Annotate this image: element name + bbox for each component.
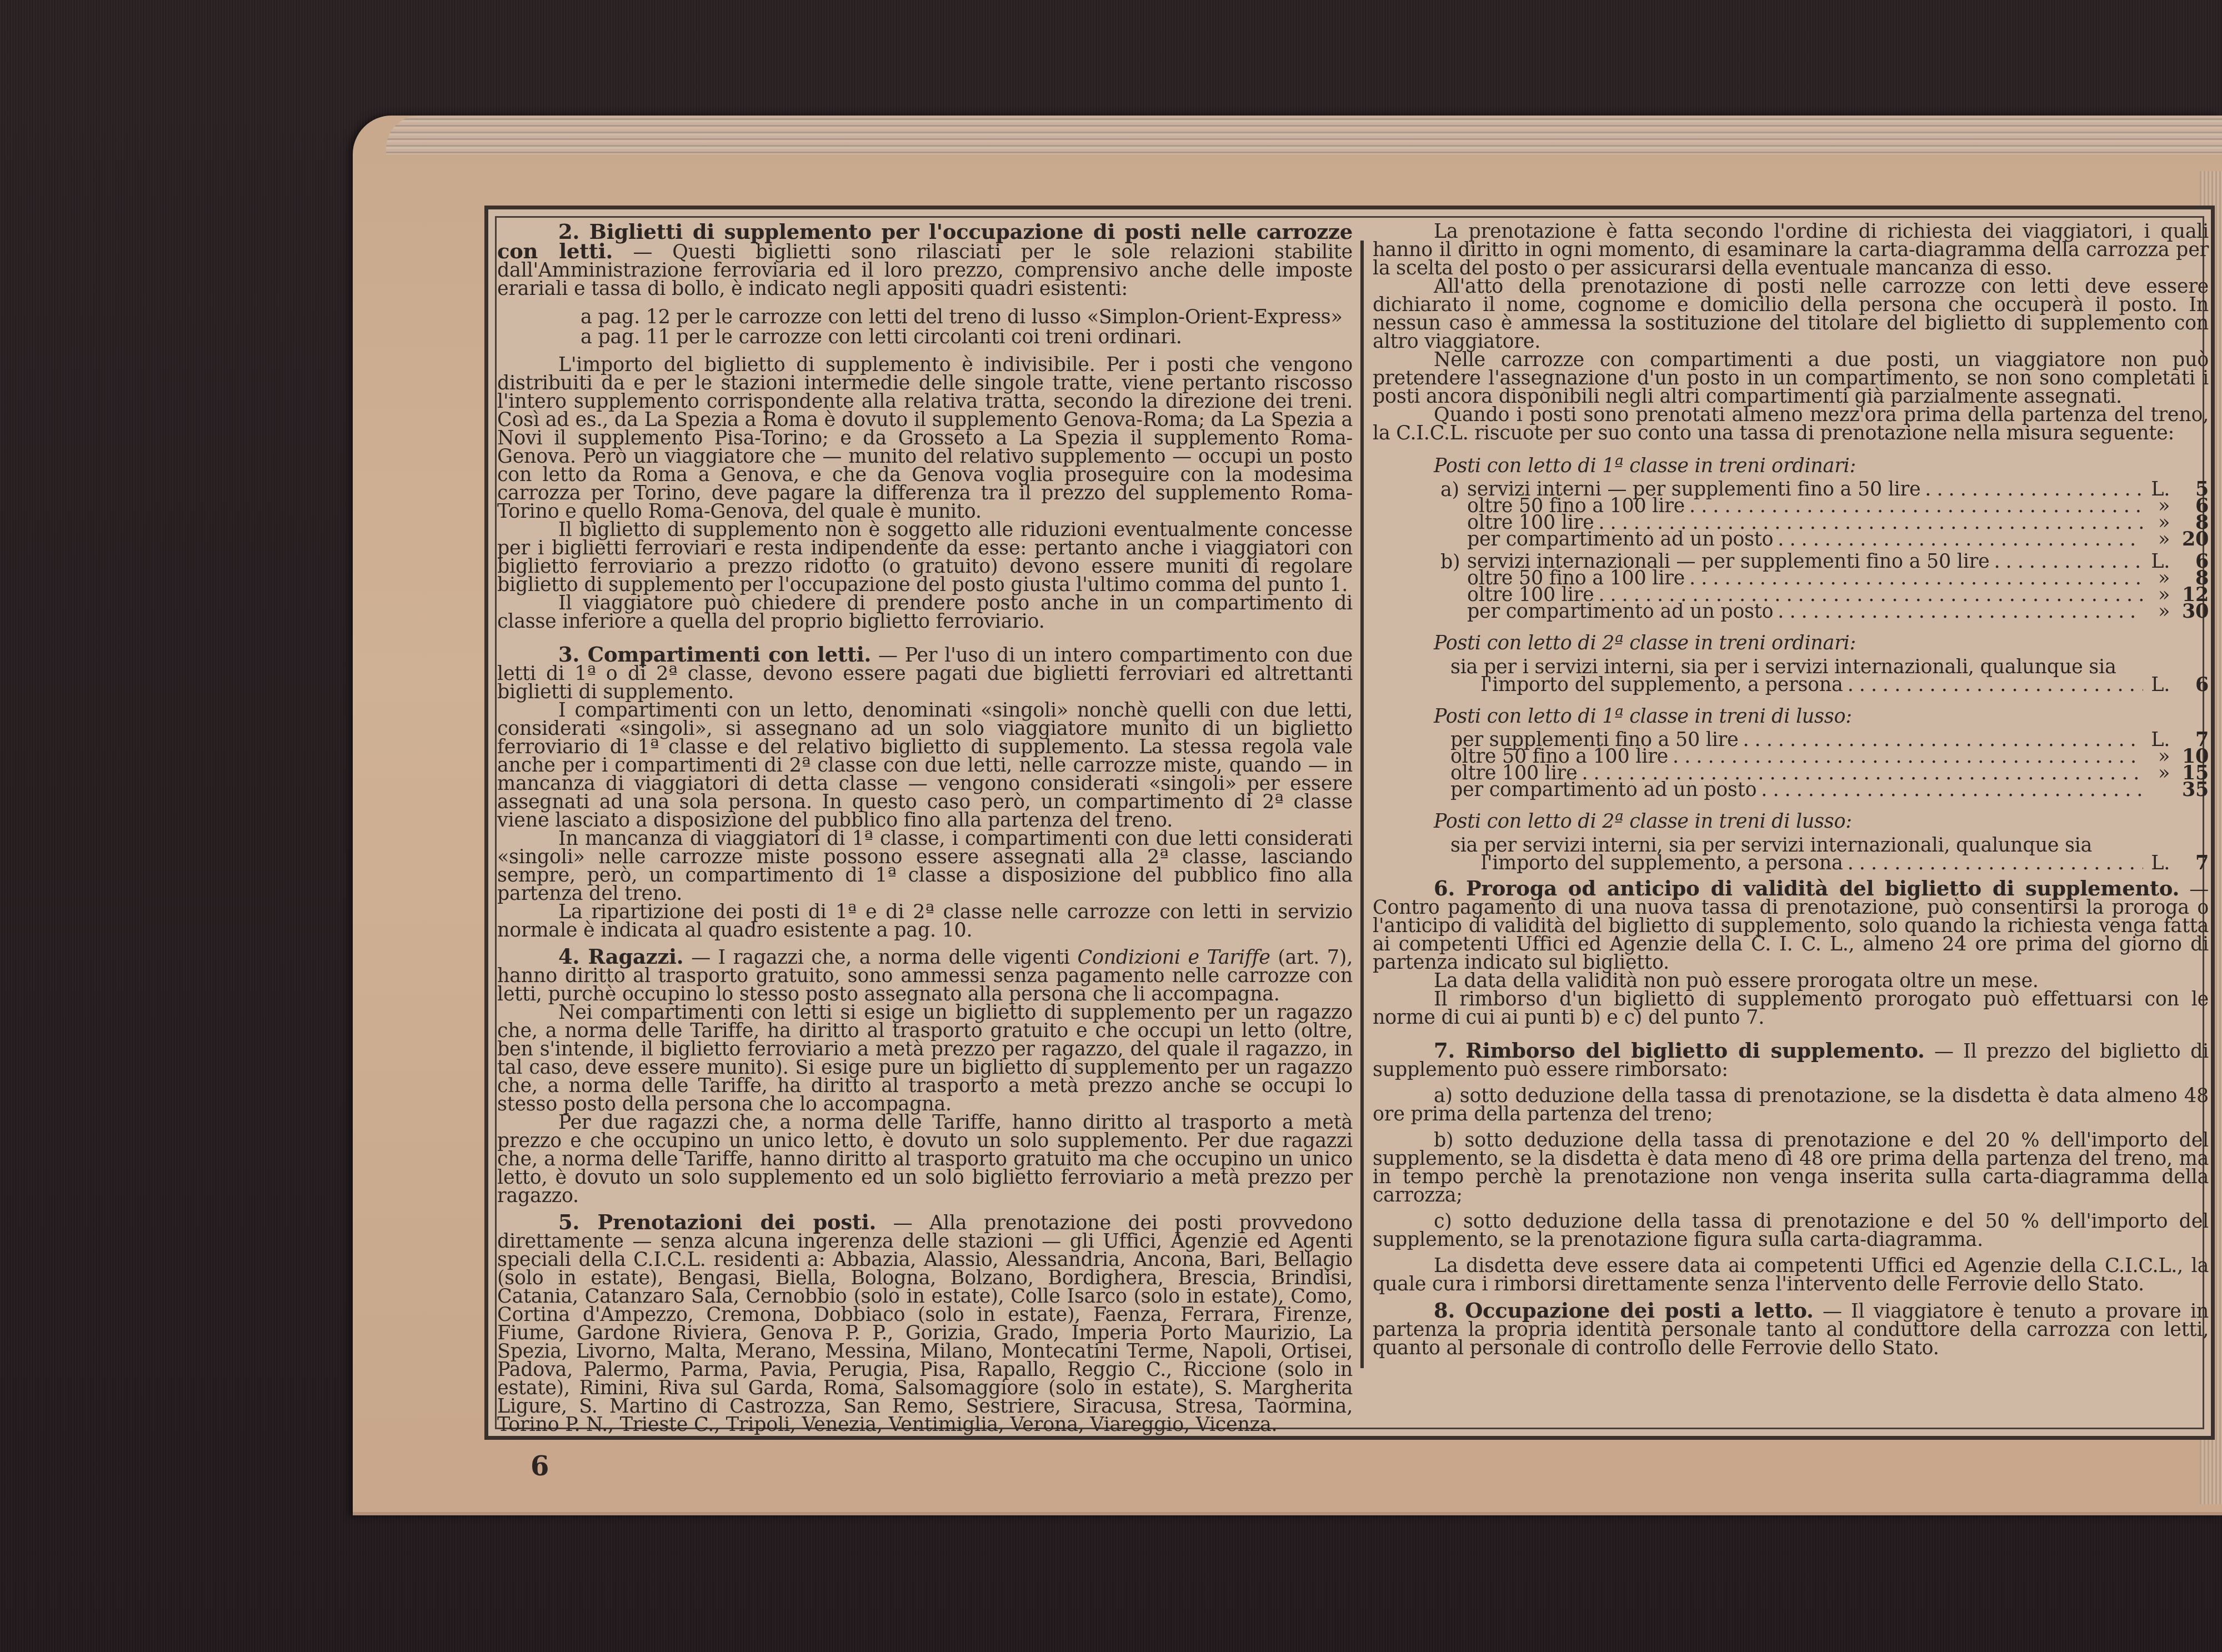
page-number: 6 (531, 1451, 549, 1482)
section-4: 4. Ragazzi. — I ragazzi che, a norma del… (497, 948, 1353, 1004)
fee-amount: 20 (2170, 531, 2209, 548)
fee-table-first-ordinary-b: b) servizi internazionali — per suppleme… (1467, 553, 2209, 620)
section-8: 8. Occupazione dei posti a letto. — Il v… (1373, 1301, 2209, 1358)
leader-dots: ........................................… (1761, 782, 2143, 798)
page-reference-list: a pag. 12 per le carrozze con letti del … (580, 307, 1353, 347)
fee-amount: 7 (2170, 855, 2209, 872)
section-7: 7. Rimborso del biglietto di supplemento… (1373, 1042, 2209, 1079)
section-5-intro: — Alla prenotazione dei posti provvedono… (497, 1212, 1353, 1436)
paragraph: All'atto della prenotazione di posti nel… (1373, 278, 2209, 351)
fee-label: l'importo del supplemento, a persona (1481, 855, 1843, 872)
fee-currency: L. (2148, 677, 2170, 693)
fee-amount: 6 (2170, 677, 2209, 693)
fee-currency: » (2148, 603, 2170, 620)
paragraph: Nelle carrozze con compartimenti a due p… (1373, 351, 2209, 406)
paragraph: La ripartizione dei posti di 1ª e di 2ª … (497, 903, 1353, 940)
left-column: 2. Biglietti di supplemento per l'occupa… (497, 223, 1353, 1434)
leader-dots: ........................................… (1848, 677, 2143, 693)
section-2-intro: — Questi biglietti sono rilasciati per l… (497, 241, 1353, 300)
fee-row: l'importo del supplemento, a persona ...… (1450, 855, 2209, 872)
paragraph: L'importo del biglietto di supplemento è… (497, 356, 1353, 521)
page-stack-edge (386, 116, 2222, 154)
section-3: 3. Compartimenti con letti. — Per l'uso … (497, 645, 1353, 702)
leader-dots: ........................................… (1689, 570, 2143, 587)
paragraph: Il rimborso d'un biglietto di supplement… (1373, 990, 2209, 1027)
leader-dots: ........................................… (1673, 748, 2143, 765)
leader-dots: ........................................… (1994, 553, 2143, 570)
leader-dots: ........................................… (1689, 498, 2143, 514)
fee-heading: Posti con letto di 1ª classe in treni di… (1434, 708, 2209, 726)
leader-dots: ........................................… (1778, 603, 2143, 620)
leader-dots: ........................................… (1778, 531, 2143, 548)
refund-clause-b: b) sotto deduzione della tassa di prenot… (1373, 1132, 2209, 1205)
fee-heading: Posti con letto di 2ª classe in treni di… (1434, 813, 2209, 831)
fee-amount: 30 (2170, 603, 2209, 620)
fee-table-first-ordinary-a: a) servizi interni — per supplementi fin… (1467, 481, 2209, 548)
fee-table-second-ordinary: sia per i servizi interni, sia per i ser… (1450, 658, 2209, 693)
paragraph: I compartimenti con un letto, denominati… (497, 702, 1353, 830)
paragraph: In mancanza di viaggiatori di 1ª classe,… (497, 830, 1353, 903)
section-5: 5. Prenotazioni dei posti. — Alla prenot… (497, 1213, 1353, 1434)
fee-currency: L. (2148, 855, 2170, 872)
fee-row: per compartimento ad un posto ..........… (1467, 531, 2209, 548)
paragraph: La disdetta deve essere data ai competen… (1373, 1257, 2209, 1294)
fee-row: l'importo del supplemento, a persona ...… (1450, 677, 2209, 693)
fee-row: per compartimento ad un posto ..........… (1450, 782, 2209, 798)
refund-clause-c: c) sotto deduzione della tassa di prenot… (1373, 1213, 2209, 1249)
section-2: 2. Biglietti di supplemento per l'occupa… (497, 223, 1353, 298)
paragraph: Il biglietto di supplemento non è sogget… (497, 521, 1353, 594)
text-frame: 2. Biglietti di supplemento per l'occupa… (484, 206, 2215, 1440)
fee-label: per compartimento ad un posto (1467, 531, 1773, 548)
leader-dots: ........................................… (1848, 855, 2143, 872)
leader-dots: ........................................… (1743, 732, 2143, 748)
fee-currency: » (2148, 765, 2170, 782)
fee-table-second-luxury: sia per servizi interni, sia per servizi… (1450, 837, 2209, 872)
fee-row: per compartimento ad un posto ..........… (1467, 603, 2209, 620)
fee-label: per compartimento ad un posto (1467, 603, 1773, 620)
fee-currency: » (2148, 531, 2170, 548)
column-divider (1360, 241, 1364, 1368)
refund-clause-a: a) sotto deduzione della tassa di prenot… (1373, 1087, 2209, 1124)
leader-dots: ........................................… (1925, 481, 2143, 498)
paragraph: Quando i posti sono prenotati almeno mez… (1373, 406, 2209, 443)
paragraph: Nei compartimenti con letti si esige un … (497, 1004, 1353, 1114)
paragraph: Per due ragazzi che, a norma delle Tarif… (497, 1114, 1353, 1205)
fee-label: per compartimento ad un posto (1450, 782, 1756, 798)
fee-heading: Posti con letto di 2ª classe in treni or… (1434, 634, 2209, 653)
page-reference: a pag. 11 per le carrozze con letti circ… (580, 327, 1353, 347)
paragraph: Il viaggiatore può chiedere di prendere … (497, 594, 1353, 631)
fee-marker: b) (1440, 553, 1460, 572)
fee-heading: Posti con letto di 1ª classe in treni or… (1434, 457, 2209, 475)
fee-table-first-luxury: per supplementi fino a 50 lire .........… (1450, 732, 2209, 798)
fee-amount: 35 (2170, 782, 2209, 798)
fee-marker: a) (1440, 481, 1459, 499)
paragraph: La prenotazione è fatta secondo l'ordine… (1373, 223, 2209, 278)
right-column: La prenotazione è fatta secondo l'ordine… (1373, 223, 2209, 1358)
fee-label: l'importo del supplemento, a persona (1481, 677, 1843, 693)
page-reference: a pag. 12 per le carrozze con letti del … (580, 307, 1353, 327)
section-6: 6. Proroga od anticipo di validità del b… (1373, 879, 2209, 972)
